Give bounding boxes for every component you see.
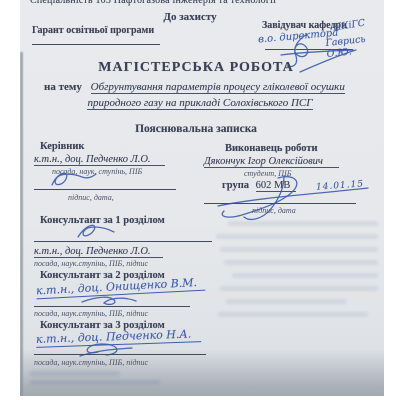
consultant-1-caption: посада, наук.ступінь, ПІБ, підпис <box>34 259 148 268</box>
consultant-2-signature-line <box>34 306 190 307</box>
guarantor-label: Гарант освітньої програми <box>32 25 154 36</box>
doc-type-heading: Пояснювальна записка <box>20 123 372 135</box>
topic-prefix: на тему <box>44 81 82 93</box>
executor-signature <box>200 172 375 224</box>
topic-text-line2: природного газу на прикладі Солохівськог… <box>87 97 312 110</box>
topic-text-line1: Обгрунтування параметрів процесу гліколе… <box>91 81 345 94</box>
document-page: Спеціальність 103 Нафтогазова інженерія … <box>20 0 384 396</box>
executor-name: Дякончук Ігор Олексійович <box>204 156 339 168</box>
photographed-document: { "document": { "specialty_line": "Спеці… <box>0 0 400 400</box>
supervisor-signature-line <box>34 189 176 190</box>
guarantor-signature-line <box>32 44 160 45</box>
supervisor-label: Керівник <box>40 141 84 152</box>
consultant-3-signature-line <box>34 354 206 355</box>
bleedthrough-line <box>30 380 160 385</box>
consultant-1-signature-line <box>34 241 212 242</box>
page-left-edge-shadow <box>20 52 23 396</box>
bleedthrough-line <box>228 221 378 226</box>
bleedthrough-line <box>220 286 378 291</box>
topic-line-1: на тему Обгрунтування параметрів процесу… <box>44 81 380 93</box>
bleedthrough-line <box>220 247 378 252</box>
bleedthrough-line <box>218 312 368 317</box>
consultant-1-name: к.т.н., доц. Педченко Л.О. <box>34 246 163 258</box>
topic-line-2: природного газу на прикладі Солохівськог… <box>40 97 360 109</box>
bleedthrough-line <box>224 260 378 265</box>
executor-label: Виконавець роботи <box>225 143 318 154</box>
executor-sign-caption: підпис, дата <box>252 206 296 215</box>
bleedthrough-line <box>216 234 378 239</box>
supervisor-sign-caption: підпис, дата, <box>68 193 114 202</box>
pen-stroke-near-title <box>298 48 360 76</box>
bleedthrough-line <box>30 371 120 376</box>
executor-signature-line <box>204 203 356 204</box>
bleedthrough-line <box>232 273 378 278</box>
specialty-line: Спеціальність 103 Нафтогазова інженерія … <box>30 0 375 6</box>
consultant-3-caption: посада, наук.ступінь, ПІБ, підпис <box>34 358 148 367</box>
bleedthrough-line <box>226 299 346 304</box>
supervisor-name: к.т.н., доц. Педченко Л.О. <box>34 154 165 166</box>
consultant-2-caption: посада, наук.ступінь, ПІБ, підпис <box>34 309 148 318</box>
